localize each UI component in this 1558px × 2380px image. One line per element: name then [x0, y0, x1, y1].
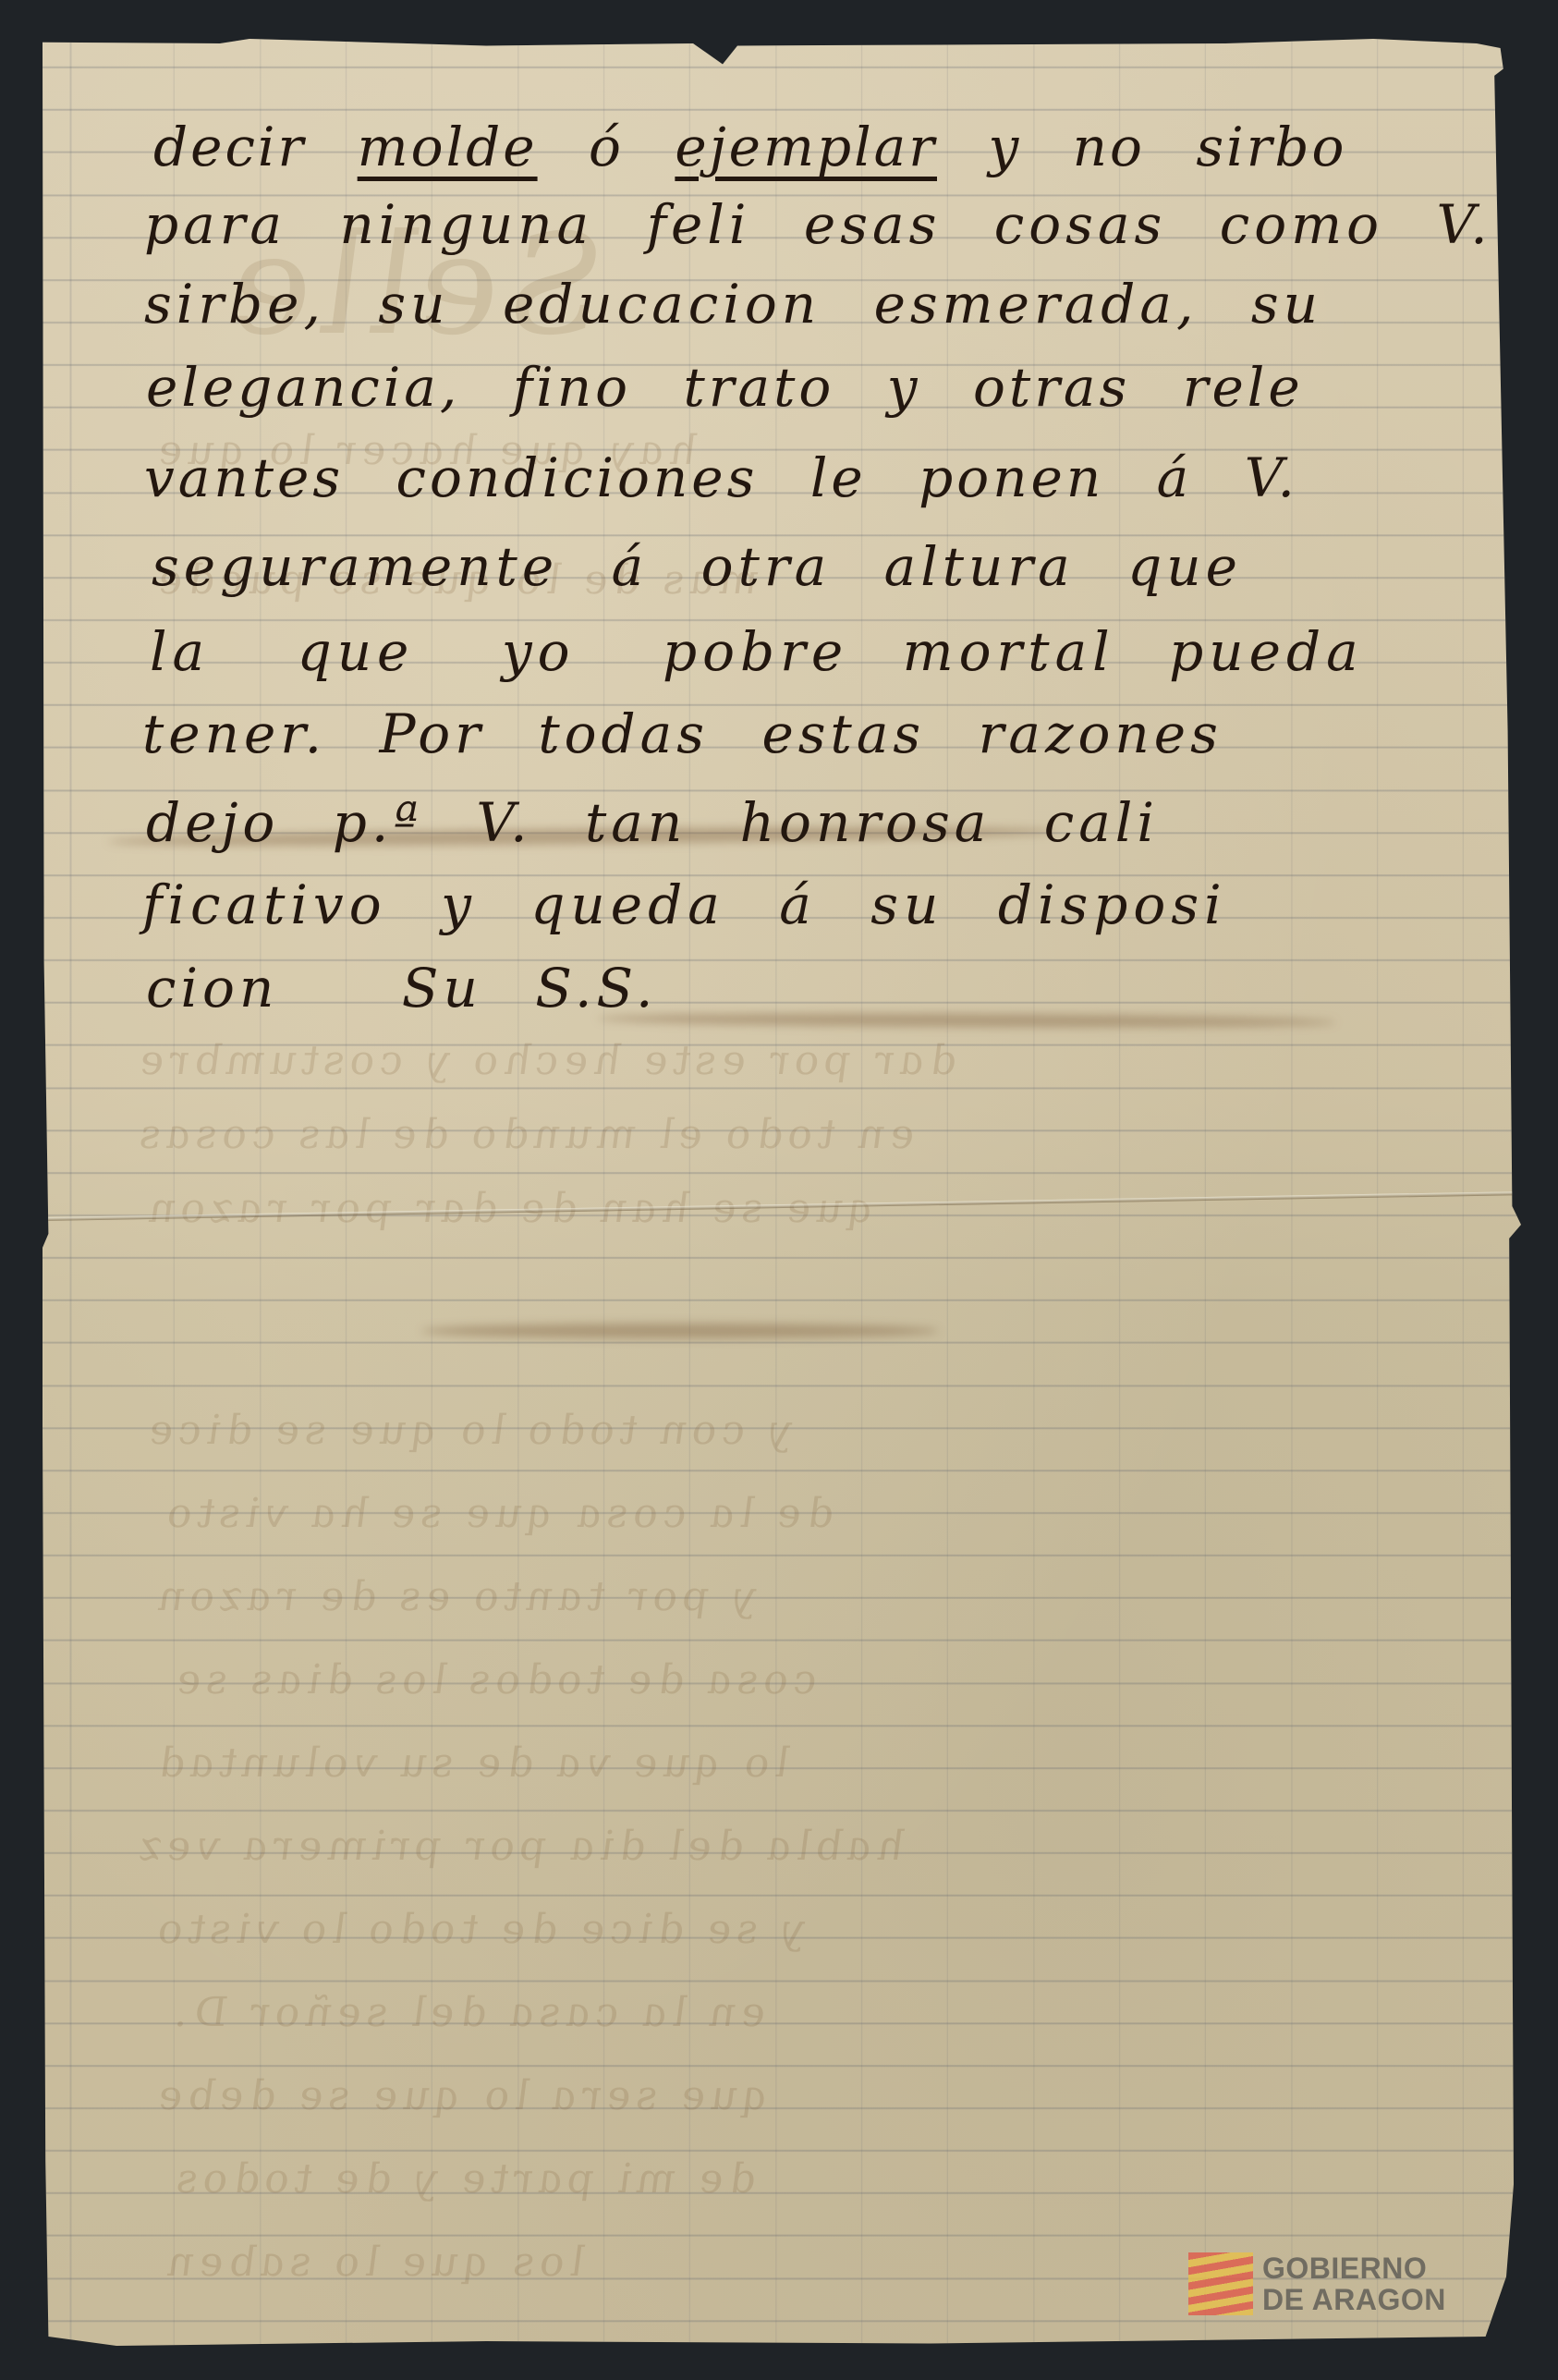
letter-line-4: elegancia, fino trato y otras rele: [146, 360, 1335, 414]
bleed-through: en la casa del señor D.: [164, 1989, 773, 2036]
logo-line-2: DE ARAGON: [1262, 2284, 1446, 2315]
signature-su: Su: [402, 961, 482, 1015]
bleed-through: que sera lo que se debe: [146, 2072, 777, 2119]
bleed-through: y con todo lo que se dice: [137, 1407, 800, 1454]
logo-text: GOBIERNO DE ARAGON: [1262, 2252, 1446, 2315]
underlined-word: molde: [358, 120, 538, 174]
letter-line-2: para ninguna feli esas cosas como V.: [144, 198, 1524, 251]
ink-smudge: [421, 1324, 939, 1338]
letter-line-1: decir molde ó ejemplar y no sirbo: [153, 120, 1378, 174]
bleed-through: de la cosa que se ha visto: [155, 1490, 841, 1537]
signature-ss: S.S.: [535, 961, 657, 1015]
bleed-through: en todo el mundo de las cosas: [128, 1111, 922, 1158]
underlined-word: ejemplar: [675, 120, 937, 174]
bleed-through: cosa de todos los dias se: [164, 1656, 825, 1703]
bleed-through: los que lo saben: [155, 2239, 591, 2286]
bleed-through: habla del dia por primera vez: [128, 1823, 911, 1870]
gobierno-de-aragon-logo: GOBIERNO DE ARAGON: [1188, 2249, 1503, 2318]
bleed-through: y por tanto es de razon: [146, 1573, 765, 1620]
logo-line-1: GOBIERNO: [1262, 2252, 1446, 2284]
letter-line-6: seguramente á otra altura que: [152, 540, 1273, 593]
letter-line-3: sirbe, su educacion esmerada, su: [144, 277, 1354, 331]
bleed-through: lo que va de su voluntad: [146, 1739, 797, 1787]
letter-line-11-closing: cion Su S.S.: [146, 961, 689, 1015]
letter-line-8: tener. Por todas estas razones: [142, 707, 1254, 761]
letter-line-5: vantes condiciones le ponen á V.: [144, 451, 1330, 505]
letter-paper: Selle hay que hacer lo que mas de lo que…: [43, 39, 1521, 2346]
letter-line-9: dejo p.ª V. tan honrosa cali: [146, 796, 1190, 849]
bleed-through: y se dice de todo lo visto: [146, 1906, 813, 1953]
bleed-through: dar por este hecho y costumbre: [128, 1037, 964, 1084]
letter-line-7: la que yo pobre mortal pueda: [150, 625, 1395, 678]
bleed-through: de mi parte y de todos: [164, 2155, 763, 2203]
letter-line-10: ficativo y queda á su disposi: [142, 878, 1259, 932]
aragon-flag-icon: [1188, 2252, 1253, 2315]
